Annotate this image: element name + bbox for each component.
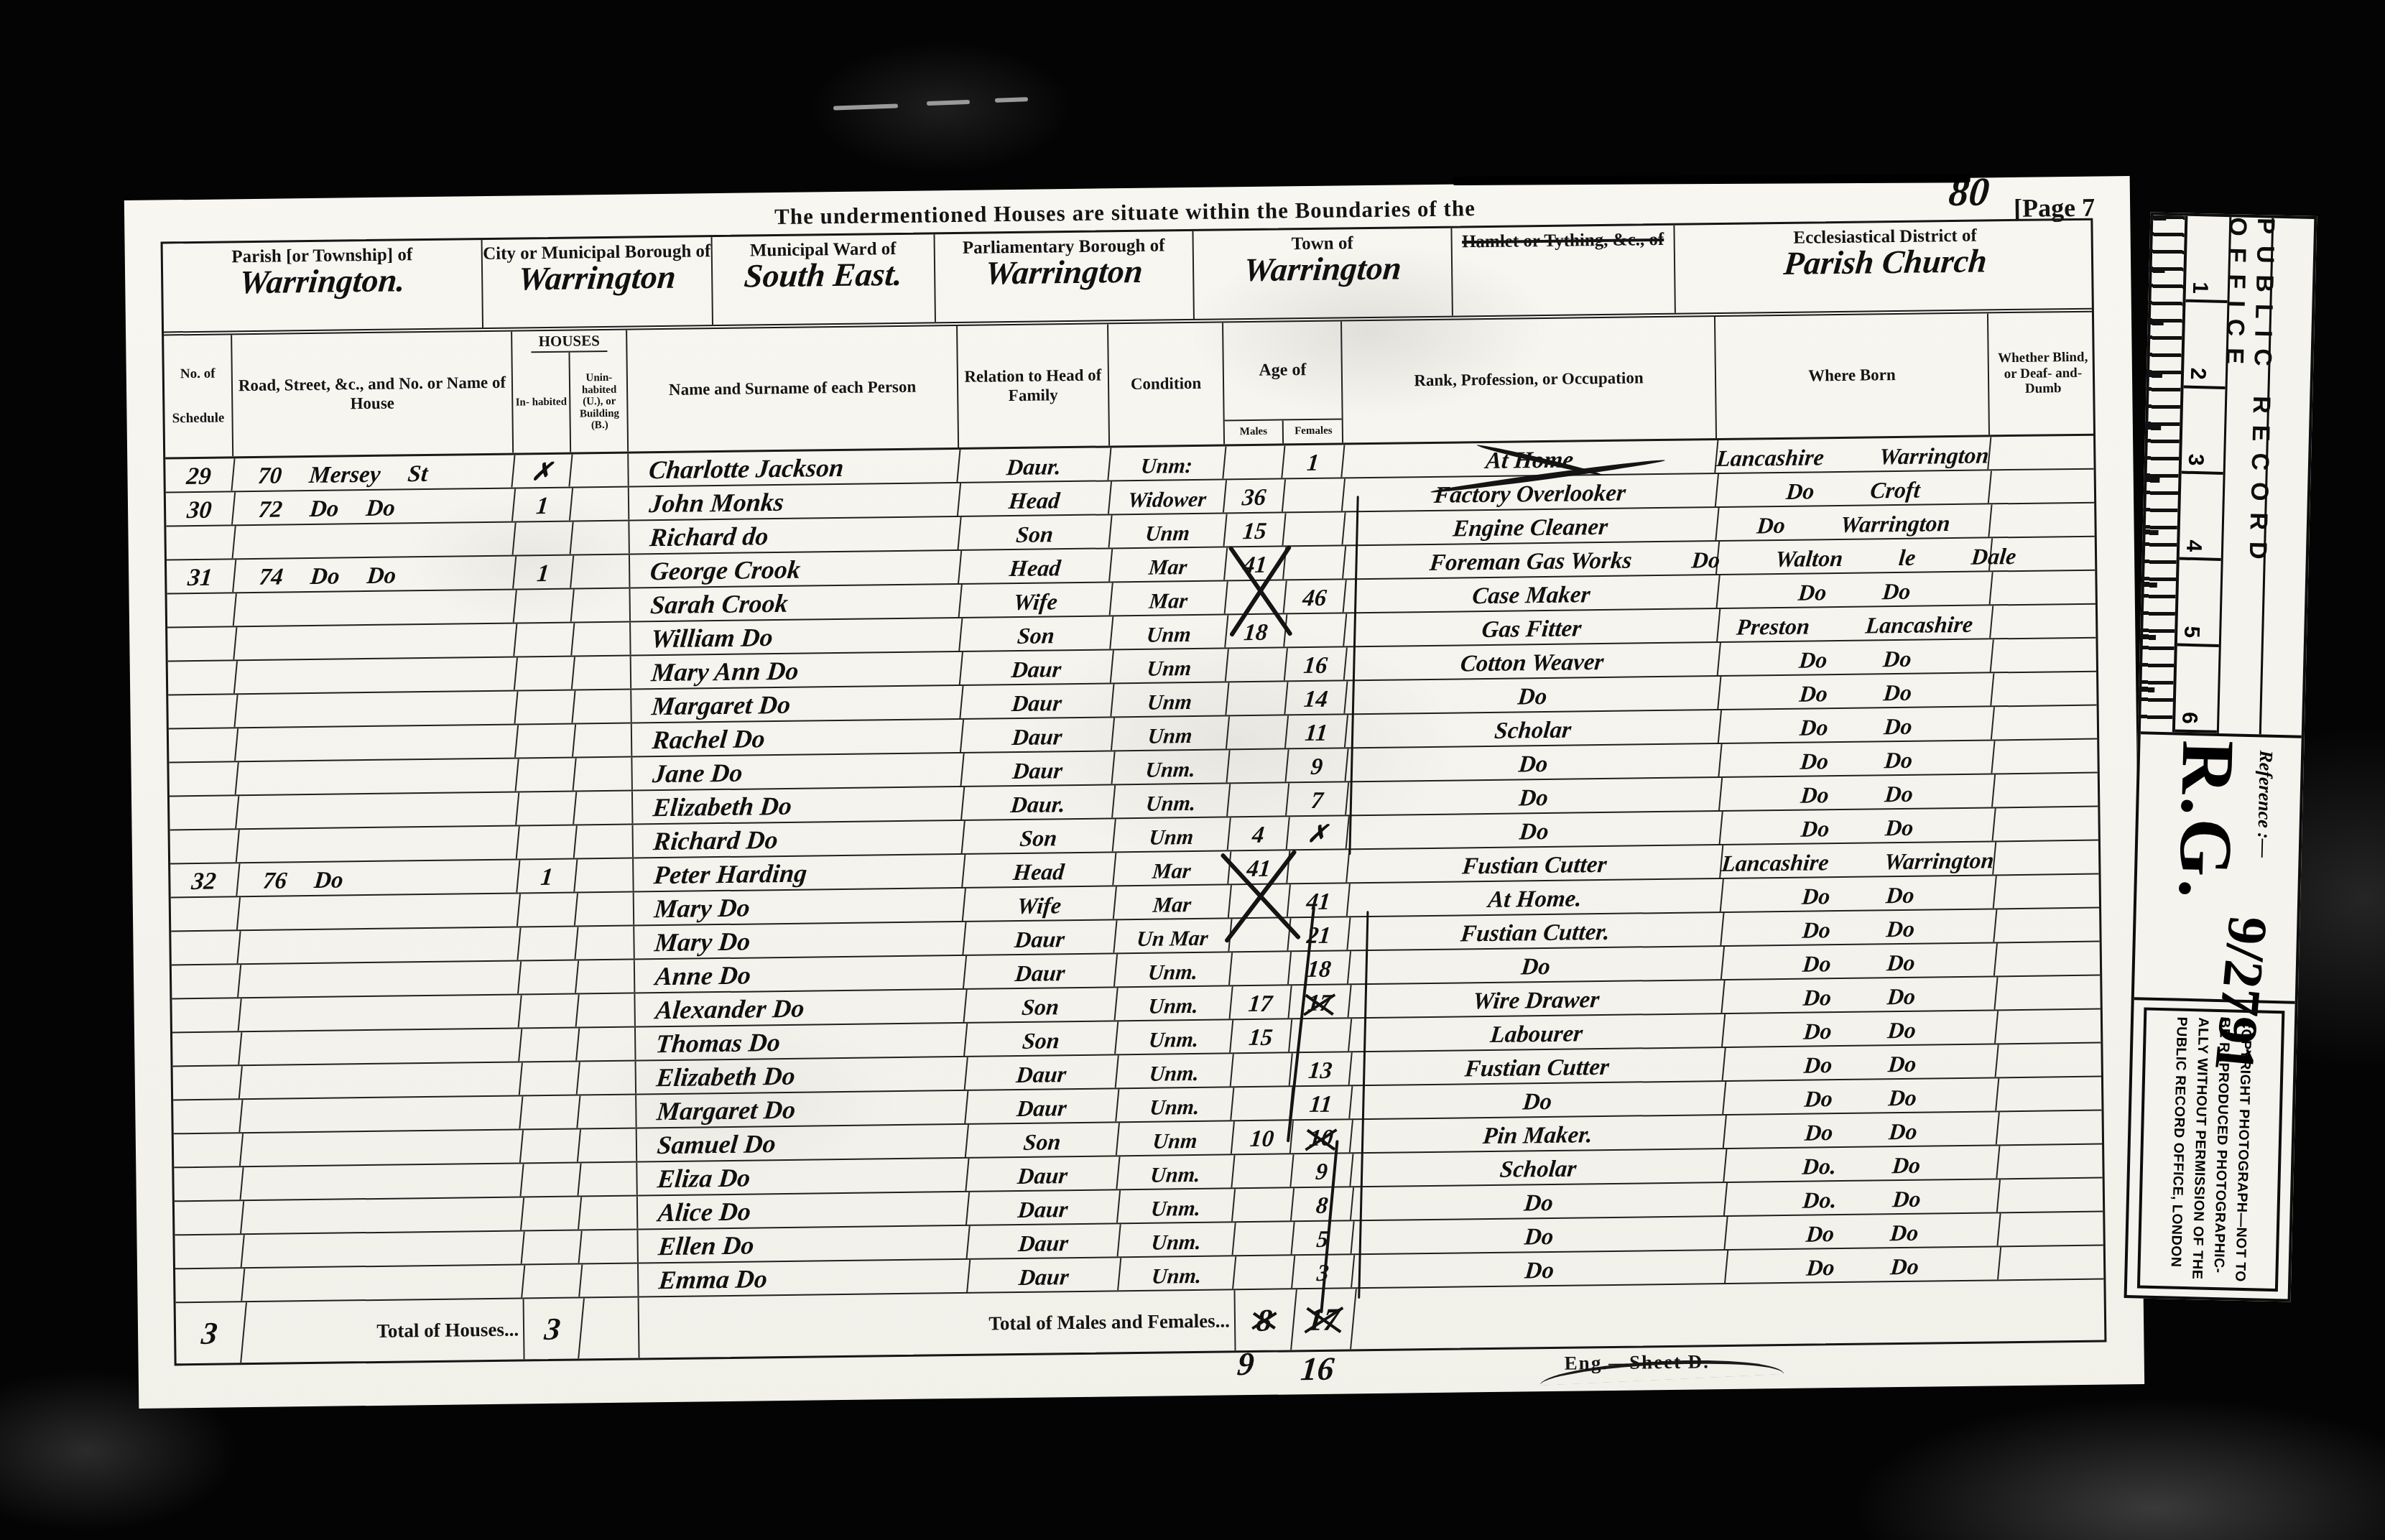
cell-occupation: Fustian Cutter bbox=[1347, 845, 1723, 882]
col-road: Road, Street, &c., and No. or Name of Ho… bbox=[232, 332, 514, 457]
cell-schedule bbox=[174, 1235, 245, 1268]
cell-occupation: Labourer bbox=[1349, 1014, 1726, 1051]
cell-relation: Daur bbox=[961, 718, 1115, 752]
sheet-footer: Eng.—Sheet D. bbox=[1565, 1350, 1710, 1374]
col-schedule: No. of Schedule bbox=[164, 335, 233, 457]
cell-age-male bbox=[1229, 884, 1291, 917]
cell-occupation: Do bbox=[1348, 947, 1725, 983]
cell-age-male bbox=[1227, 749, 1289, 782]
cell-uninhabited bbox=[575, 758, 633, 791]
cell-name: Elizabeth Do bbox=[635, 1057, 968, 1094]
cell-infirm bbox=[1998, 1077, 2106, 1111]
cell-born: Do Do bbox=[1719, 707, 1995, 743]
cell-schedule bbox=[169, 830, 240, 863]
cell-relation: Daur. bbox=[958, 447, 1111, 482]
cell-age-male bbox=[1226, 682, 1288, 715]
cell-infirm bbox=[1993, 740, 2102, 774]
cell-born: Do Do bbox=[1720, 774, 1996, 810]
cell-relation: Daur bbox=[966, 1156, 1120, 1191]
cell-age-male bbox=[1226, 648, 1288, 681]
cell-relation: Wife bbox=[963, 886, 1117, 921]
cell-name: William Do bbox=[629, 618, 963, 655]
cell-born: Do Do bbox=[1725, 1213, 2001, 1249]
cell-road bbox=[236, 759, 519, 794]
cell-road bbox=[239, 995, 522, 1031]
cell-condition: Unm. bbox=[1113, 784, 1231, 817]
cell-relation: Daur bbox=[960, 684, 1114, 718]
cell-road bbox=[236, 725, 519, 761]
cell-infirm bbox=[1995, 841, 2103, 875]
cell-infirm bbox=[1991, 470, 2099, 504]
cell-relation: Head bbox=[959, 549, 1113, 583]
cell-relation: Daur. bbox=[962, 785, 1116, 820]
cell-age-female: 11 bbox=[1286, 715, 1348, 748]
cell-infirm bbox=[1993, 672, 2101, 706]
ruler-number: 2 bbox=[2184, 302, 2228, 389]
cell-occupation: Pin Maker. bbox=[1351, 1115, 1727, 1152]
cell-uninhabited bbox=[580, 1230, 639, 1263]
cell-born: Do Do bbox=[1724, 1112, 2000, 1148]
census-table: Parish [or Township] of Warrington. City… bbox=[161, 218, 2107, 1366]
cell-inhabited bbox=[518, 927, 578, 960]
cell-age-male bbox=[1233, 1256, 1295, 1289]
cell-inhabited bbox=[522, 1264, 583, 1297]
cell-name: Jane Do bbox=[631, 753, 965, 790]
cell-occupation: Fustian Cutter bbox=[1350, 1048, 1726, 1085]
cell-schedule: 30 bbox=[165, 492, 236, 525]
cell-name: Ellen Do bbox=[637, 1226, 971, 1263]
cell-condition: Unm. bbox=[1117, 1155, 1235, 1189]
cell-schedule bbox=[171, 998, 242, 1031]
cell-inhabited bbox=[520, 1095, 580, 1128]
location-value-handwritten: Warrington bbox=[934, 254, 1194, 289]
cell-occupation: Wire Drawer bbox=[1348, 980, 1725, 1017]
cell-born: Do. Do bbox=[1724, 1146, 2000, 1182]
totals-spacer bbox=[582, 1297, 640, 1358]
cell-relation: Daur bbox=[968, 1224, 1121, 1258]
cell-condition: Unm. bbox=[1119, 1223, 1236, 1256]
cell-uninhabited bbox=[574, 690, 632, 723]
cell-condition: Unm. bbox=[1112, 750, 1230, 784]
cell-schedule bbox=[166, 627, 237, 660]
cell-inhabited bbox=[520, 1062, 580, 1095]
cell-road bbox=[239, 961, 522, 997]
col-occupation: Rank, Profession, or Occupation bbox=[1342, 317, 1717, 442]
cell-uninhabited bbox=[573, 589, 631, 622]
cell-road bbox=[234, 590, 517, 626]
cell-uninhabited bbox=[579, 1062, 637, 1095]
cell-age-male: 17 bbox=[1230, 985, 1292, 1019]
cell-road: 70 Mersey St bbox=[232, 455, 515, 491]
total-females-struck: 17 bbox=[1292, 1289, 1357, 1350]
cell-infirm bbox=[1999, 1111, 2107, 1145]
cell-occupation: Do bbox=[1350, 1082, 1726, 1118]
cell-uninhabited bbox=[580, 1196, 639, 1229]
cell-relation: Daur bbox=[960, 650, 1114, 685]
cell-schedule bbox=[172, 1066, 243, 1099]
cell-condition: Un Mar bbox=[1114, 919, 1232, 952]
cell-age-female: 10 bbox=[1291, 1120, 1353, 1153]
cell-age-female bbox=[1287, 850, 1350, 883]
cell-infirm bbox=[1993, 706, 2102, 740]
cell-infirm bbox=[1996, 875, 2104, 909]
cell-name: Margaret Do bbox=[630, 686, 963, 723]
cell-road bbox=[241, 1197, 524, 1233]
cell-road bbox=[239, 1029, 522, 1064]
copyright-box: COPYRIGHT PHOTOGRAPH—NOT TOBE REPRODUCED… bbox=[2137, 1007, 2284, 1291]
cell-condition: Unm. bbox=[1116, 1020, 1233, 1054]
pro-strip-rotated: PUBLIC RECORD OFFICE 123456 Reference :—… bbox=[2124, 212, 2317, 1302]
cell-condition: Unm bbox=[1109, 514, 1227, 547]
total-houses-label: Total of Houses... bbox=[244, 1299, 525, 1363]
cell-born: Do Do bbox=[1721, 808, 1996, 844]
cell-schedule bbox=[174, 1268, 245, 1302]
location-box: Municipal Ward of South East. bbox=[713, 234, 936, 325]
cell-born: Do Do bbox=[1723, 1078, 1999, 1114]
cell-infirm bbox=[1990, 436, 2098, 470]
cell-road bbox=[234, 623, 517, 659]
cell-name: Peter Harding bbox=[632, 855, 965, 891]
col-females: Females bbox=[1284, 419, 1343, 443]
cell-name: George Crook bbox=[629, 551, 962, 588]
cell-born: Do Do bbox=[1723, 1044, 1999, 1080]
cell-infirm bbox=[1991, 504, 2099, 537]
ruler-number: 5 bbox=[2177, 560, 2221, 647]
cell-relation: Head bbox=[963, 853, 1116, 887]
ruler-number: 4 bbox=[2180, 474, 2223, 561]
public-record-office-strip: PUBLIC RECORD OFFICE 123456 Reference :—… bbox=[2124, 212, 2317, 1302]
cell-born: Do Croft bbox=[1716, 470, 1992, 506]
cell-age-male bbox=[1231, 1087, 1293, 1120]
census-page: The undermentioned Houses are situate wi… bbox=[124, 176, 2144, 1409]
cell-road: 76 Do bbox=[237, 860, 520, 896]
pro-reference-section: Reference :— R.G. 9/2791 bbox=[2134, 734, 2302, 1003]
cell-condition: Unm. bbox=[1119, 1256, 1236, 1290]
cell-age-male bbox=[1227, 715, 1289, 748]
cell-occupation: At Home. bbox=[1348, 879, 1724, 916]
ruler-number: 3 bbox=[2182, 388, 2226, 475]
total-persons-label: Total of Males and Females... bbox=[639, 1290, 1236, 1358]
cell-inhabited bbox=[514, 623, 575, 656]
cell-condition: Mar bbox=[1110, 547, 1228, 581]
film-dash bbox=[833, 103, 898, 110]
census-scan-photograph: { "page": { "situate_line": "The underme… bbox=[0, 0, 2385, 1540]
cell-infirm bbox=[2000, 1246, 2108, 1279]
cell-age-female: 14 bbox=[1285, 681, 1348, 714]
cell-age-female: ✗ bbox=[1287, 816, 1350, 849]
cell-relation: Daur bbox=[962, 751, 1116, 786]
cell-inhabited bbox=[514, 522, 574, 555]
cell-uninhabited bbox=[575, 792, 634, 825]
cell-name: Mary Do bbox=[633, 922, 966, 959]
col-males: Males bbox=[1225, 420, 1284, 444]
cell-schedule bbox=[170, 965, 241, 998]
cell-age-female bbox=[1283, 478, 1346, 511]
cell-age-female: 16 bbox=[1285, 647, 1348, 680]
cell-road bbox=[236, 792, 519, 828]
cell-inhabited: ✗ bbox=[512, 455, 573, 488]
cell-age-male: 10 bbox=[1232, 1121, 1294, 1154]
cell-infirm bbox=[1996, 976, 2105, 1010]
cell-road bbox=[238, 927, 521, 963]
cell-age-female: 9 bbox=[1286, 748, 1348, 781]
cell-age-male bbox=[1223, 445, 1285, 478]
cell-born: Do Do bbox=[1719, 741, 1995, 776]
cell-road bbox=[233, 522, 517, 558]
cell-name: Eliza Do bbox=[636, 1159, 969, 1195]
cell-occupation: Do bbox=[1346, 778, 1723, 815]
cell-relation: Daur bbox=[963, 920, 1117, 955]
cell-infirm bbox=[1999, 1179, 2108, 1212]
location-value-handwritten: Warrington bbox=[1192, 251, 1453, 287]
location-value-handwritten: Warrington bbox=[481, 260, 713, 296]
ruler-number: 1 bbox=[2185, 216, 2229, 303]
cell-uninhabited bbox=[578, 960, 636, 993]
cell-road: 74 Do Do bbox=[233, 556, 517, 592]
cell-inhabited bbox=[514, 589, 575, 622]
cell-born: Do Do bbox=[1718, 639, 1994, 675]
cell-name: Mary Do bbox=[633, 889, 966, 925]
location-value-handwritten: Parish Church bbox=[1674, 243, 2097, 281]
cell-road bbox=[235, 691, 518, 727]
cell-occupation: Do bbox=[1351, 1183, 1728, 1220]
cell-schedule bbox=[168, 796, 239, 829]
cell-uninhabited bbox=[573, 623, 631, 656]
cell-occupation: Scholar bbox=[1351, 1149, 1727, 1186]
cell-uninhabited bbox=[573, 555, 631, 588]
reference-series: R.G. bbox=[2162, 739, 2251, 902]
col-inhabited: In- habited bbox=[512, 353, 571, 453]
cell-condition: Unm bbox=[1111, 682, 1229, 716]
cell-name: Richard Do bbox=[632, 821, 965, 858]
copyright-section: COPYRIGHT PHOTOGRAPH—NOT TOBE REPRODUCED… bbox=[2127, 1000, 2295, 1299]
cell-schedule bbox=[171, 1032, 242, 1065]
cell-name: Mary Ann Do bbox=[630, 652, 963, 689]
total-schedules: 3 bbox=[173, 1302, 247, 1363]
cell-relation: Son bbox=[963, 819, 1116, 853]
cell-infirm bbox=[1994, 774, 2103, 807]
cell-name: John Monks bbox=[628, 483, 961, 520]
cell-infirm bbox=[1996, 909, 2104, 942]
cell-age-female: 46 bbox=[1284, 580, 1347, 613]
cell-schedule bbox=[173, 1201, 244, 1234]
cell-age-female bbox=[1284, 613, 1347, 646]
cell-inhabited bbox=[515, 690, 575, 723]
cell-condition: Mar bbox=[1111, 581, 1228, 615]
cell-uninhabited bbox=[578, 994, 636, 1027]
pro-ruler-section: PUBLIC RECORD OFFICE 123456 bbox=[2141, 215, 2315, 738]
cell-condition: Unm. bbox=[1116, 1054, 1234, 1087]
location-value-handwritten: South East. bbox=[711, 257, 935, 293]
corrected-males-total: 9 bbox=[1236, 1345, 1256, 1383]
col-relation: Relation to Head of Family bbox=[958, 324, 1110, 447]
cell-born: Lancashire Warrington bbox=[1715, 437, 1991, 473]
cell-occupation: Do bbox=[1345, 677, 1721, 713]
cell-born: Do. Do bbox=[1725, 1179, 2001, 1215]
cell-schedule bbox=[167, 728, 239, 761]
cell-condition: Unm bbox=[1112, 716, 1230, 750]
cell-uninhabited bbox=[576, 859, 634, 892]
cell-inhabited bbox=[518, 893, 578, 926]
cell-schedule bbox=[170, 897, 241, 930]
cell-inhabited bbox=[522, 1197, 582, 1230]
cell-name: Alice Do bbox=[636, 1192, 970, 1229]
cell-relation: Son bbox=[965, 988, 1119, 1022]
corrected-females-total: 16 bbox=[1299, 1350, 1335, 1388]
cell-name: Samuel Do bbox=[636, 1125, 969, 1161]
cell-name: Emma Do bbox=[637, 1260, 971, 1297]
cell-relation: Daur bbox=[965, 1055, 1119, 1090]
cell-born: Do Do bbox=[1726, 1247, 2001, 1283]
cell-age-male bbox=[1231, 1053, 1293, 1086]
film-dash bbox=[995, 97, 1028, 103]
cell-inhabited bbox=[516, 724, 576, 757]
cell-age-male: 4 bbox=[1228, 817, 1290, 850]
cell-uninhabited bbox=[571, 454, 629, 487]
cell-relation: Daur bbox=[967, 1190, 1121, 1225]
cell-name: Rachel Do bbox=[631, 720, 964, 756]
cell-schedule: 31 bbox=[165, 560, 236, 593]
cell-born: Do Do bbox=[1723, 1011, 1999, 1047]
cell-age-female: 18 bbox=[1289, 951, 1351, 984]
cell-name: Alexander Do bbox=[634, 990, 968, 1026]
cell-relation: Daur bbox=[965, 1089, 1119, 1123]
cell-occupation: Cotton Weaver bbox=[1345, 643, 1721, 679]
cell-age-male bbox=[1233, 1222, 1295, 1255]
total-houses-value: 3 bbox=[522, 1298, 585, 1359]
cell-road bbox=[242, 1231, 525, 1267]
cell-schedule bbox=[167, 661, 238, 694]
cell-born: Lancashire Warrington bbox=[1721, 842, 1996, 878]
location-label: Hamlet or Tything, &c., of bbox=[1462, 230, 1664, 251]
situate-line: The undermentioned Houses are situate wi… bbox=[774, 195, 1476, 230]
cell-occupation: Do bbox=[1352, 1251, 1728, 1287]
cell-born: Do Warrington bbox=[1716, 504, 1992, 540]
cell-born: Do Walton le Dale bbox=[1717, 538, 1993, 574]
cell-schedule bbox=[172, 1167, 244, 1200]
cell-age-female: 1 bbox=[1282, 445, 1345, 478]
cell-inhabited: 1 bbox=[514, 556, 574, 589]
cell-condition: Unm. bbox=[1116, 986, 1233, 1020]
cell-inhabited bbox=[519, 960, 579, 993]
cell-relation: Son bbox=[958, 515, 1112, 549]
cell-uninhabited bbox=[575, 724, 633, 757]
col-condition: Condition bbox=[1108, 323, 1225, 445]
location-box: Town of Warrington bbox=[1193, 228, 1453, 319]
cell-name: Anne Do bbox=[634, 956, 967, 993]
cell-age-female: 17 bbox=[1289, 985, 1351, 1018]
location-box: Hamlet or Tything, &c., of bbox=[1452, 226, 1675, 316]
cell-uninhabited bbox=[578, 1028, 636, 1061]
cell-schedule bbox=[170, 931, 241, 964]
cell-infirm bbox=[1992, 605, 2101, 639]
cell-age-male bbox=[1232, 1154, 1294, 1187]
location-box: Ecclesiastical District of Parish Church bbox=[1675, 221, 2095, 313]
cell-road: 72 Do Do bbox=[233, 488, 516, 524]
cell-age-female: 41 bbox=[1288, 883, 1351, 917]
cell-road bbox=[235, 657, 518, 693]
location-box: City or Municipal Borough of Warrington bbox=[483, 237, 713, 328]
table-body: 29 70 Mersey St ✗ Charlotte Jackson Daur… bbox=[165, 436, 2103, 1304]
cell-infirm bbox=[1997, 1010, 2106, 1044]
cell-inhabited bbox=[515, 657, 575, 690]
cell-road bbox=[237, 826, 520, 862]
cell-age-female: 11 bbox=[1290, 1086, 1353, 1119]
cell-uninhabited bbox=[576, 825, 634, 858]
cell-relation: Head bbox=[958, 481, 1112, 516]
cell-condition: Unm. bbox=[1115, 952, 1233, 986]
total-males-struck: 8 bbox=[1233, 1289, 1297, 1350]
cell-schedule bbox=[172, 1133, 244, 1166]
cell-road bbox=[238, 894, 521, 929]
cell-occupation: Scholar bbox=[1346, 710, 1722, 747]
cell-inhabited bbox=[519, 1028, 580, 1061]
cell-age-female: 13 bbox=[1290, 1052, 1353, 1085]
cell-uninhabited bbox=[577, 893, 635, 926]
cell-schedule bbox=[165, 526, 236, 559]
film-dash bbox=[927, 100, 970, 106]
cell-schedule bbox=[166, 593, 237, 626]
cell-name: Thomas Do bbox=[634, 1024, 968, 1060]
cell-born: Do Do bbox=[1722, 943, 1998, 979]
reference-label: Reference :— bbox=[2253, 750, 2277, 858]
col-born: Where Born bbox=[1715, 313, 1990, 438]
cell-occupation: Engine Cleaner bbox=[1343, 508, 1719, 544]
cell-road bbox=[240, 1096, 523, 1132]
cell-age-male bbox=[1228, 783, 1289, 816]
cell-inhabited bbox=[522, 1230, 583, 1263]
cell-name: Sarah Crook bbox=[629, 585, 963, 621]
cell-infirm bbox=[1991, 571, 2100, 605]
ruler-number: 6 bbox=[2175, 646, 2219, 733]
cell-born: Do Do bbox=[1722, 977, 1998, 1013]
cell-inhabited bbox=[519, 994, 580, 1027]
cell-uninhabited bbox=[580, 1128, 638, 1161]
cell-name: Charlotte Jackson bbox=[627, 450, 960, 486]
cell-condition: Unm bbox=[1111, 615, 1228, 649]
cell-age-female bbox=[1284, 546, 1346, 579]
cell-condition: Unm. bbox=[1116, 1087, 1234, 1121]
cell-age-male: 15 bbox=[1231, 1019, 1292, 1052]
totals-tail bbox=[1353, 1279, 2108, 1349]
cell-schedule bbox=[168, 762, 239, 795]
cell-uninhabited bbox=[579, 1095, 637, 1128]
cell-schedule: 29 bbox=[164, 458, 235, 491]
cell-name: Elizabeth Do bbox=[631, 787, 965, 824]
cell-inhabited: 1 bbox=[513, 488, 573, 521]
cell-schedule bbox=[167, 695, 238, 728]
cell-inhabited bbox=[521, 1163, 581, 1196]
cell-age-female: 5 bbox=[1292, 1221, 1355, 1254]
col-age: Age of Males Females bbox=[1223, 321, 1343, 444]
cell-age-male: 15 bbox=[1224, 513, 1286, 546]
col-infirm: Whether Blind, or Deaf- and-Dumb bbox=[1988, 312, 2098, 435]
cell-occupation: Fustian Cutter. bbox=[1348, 913, 1724, 950]
cell-occupation: Foreman Gas Works bbox=[1343, 542, 1720, 578]
cell-road bbox=[242, 1265, 525, 1301]
cell-age-female: 8 bbox=[1292, 1187, 1354, 1220]
cell-condition: Unm bbox=[1111, 649, 1229, 682]
cell-inhabited bbox=[517, 825, 578, 858]
cell-road bbox=[240, 1062, 523, 1098]
cell-road bbox=[241, 1130, 524, 1166]
cell-age-female: 9 bbox=[1291, 1154, 1353, 1187]
cell-condition: Mar bbox=[1114, 885, 1232, 919]
cell-infirm bbox=[1997, 1044, 2106, 1077]
column-header-row: No. of Schedule Road, Street, &c., and N… bbox=[164, 312, 2093, 460]
cell-relation: Son bbox=[965, 1021, 1119, 1056]
cell-uninhabited bbox=[580, 1162, 638, 1195]
